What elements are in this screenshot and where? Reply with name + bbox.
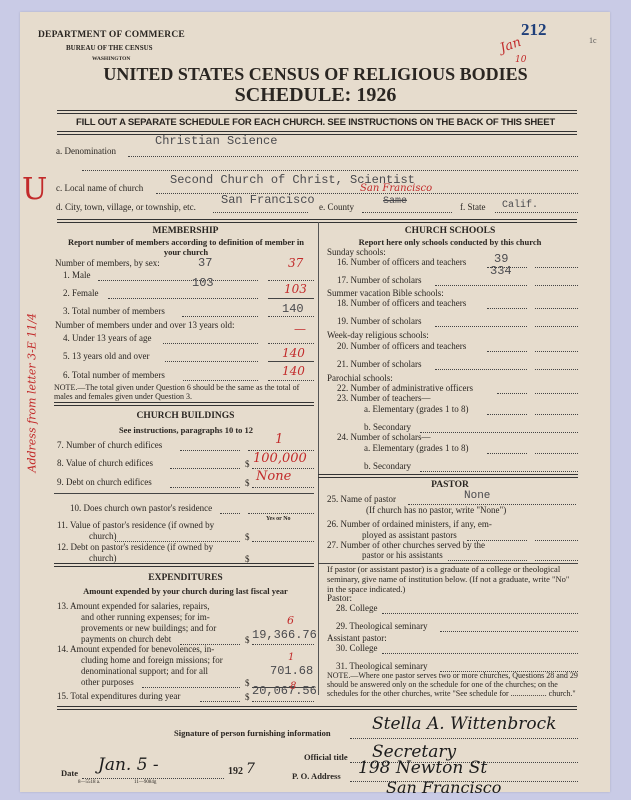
- form-code-1: 8—5518 a.: [78, 780, 100, 785]
- date-line: [82, 778, 224, 779]
- instruction-banner: FILL OUT A SEPARATE SCHEDULE FOR EACH CH…: [0, 117, 631, 128]
- pastor-heading: PASTOR: [322, 480, 578, 490]
- divider: [54, 563, 314, 567]
- under13-written: —: [294, 322, 306, 336]
- schedule-title: SCHEDULE: 1926: [0, 84, 631, 107]
- age-label: Number of members under and over 13 year…: [55, 320, 234, 330]
- signature-value: Stella A. Wittenbrock: [372, 714, 556, 734]
- q15-answer-line: [252, 701, 314, 702]
- female-written: 103: [284, 282, 307, 296]
- membership-heading: MEMBERSHIP: [58, 226, 313, 236]
- q17-answer-line: [535, 285, 578, 286]
- q13-line2: and other running expenses; for im-: [81, 612, 210, 622]
- q22-answer-line: [535, 393, 578, 394]
- q13-line3: provements or new buildings; and for: [81, 623, 216, 633]
- q14-line: [142, 687, 240, 688]
- female-line: [108, 298, 258, 299]
- under13-line: [163, 343, 258, 344]
- over13-answer-line: [268, 361, 314, 362]
- divider: [57, 706, 577, 710]
- edifices-debt-value: None: [256, 469, 291, 484]
- q23b-label: b. Secondary: [364, 422, 411, 432]
- q17-label: 17. Number of scholars: [337, 275, 421, 285]
- male-written: 37: [288, 256, 303, 270]
- q13-line4: payments on church debt: [81, 634, 171, 644]
- q13-answer-line: [252, 644, 314, 645]
- q17-value: 334: [490, 264, 512, 278]
- q23-label: 23. Number of teachers—: [337, 393, 430, 403]
- summer-schools-label: Summer vacation Bible schools:: [327, 288, 444, 298]
- q19-line: [435, 326, 527, 327]
- q21-answer-line: [535, 369, 578, 370]
- parochial-schools-label: Parochial schools:: [327, 373, 393, 383]
- q22-label: 22. Number of administrative officers: [337, 383, 473, 393]
- total-age-answer-line: [268, 380, 314, 381]
- total-members-label: 3. Total number of members: [63, 306, 165, 316]
- male-typed: 37: [198, 256, 212, 270]
- q16-label: 16. Number of officers and teachers: [337, 257, 466, 267]
- q20-label: 20. Number of officers and teachers: [337, 341, 466, 351]
- dollar-sign: $: [245, 532, 250, 542]
- q30-label: 30. College: [336, 643, 378, 653]
- q24a-line: [487, 453, 527, 454]
- po-address-line1: 198 Newton St: [358, 758, 487, 778]
- official-title-label: Official title: [304, 752, 348, 762]
- q20-line: [487, 351, 527, 352]
- margin-mark: U: [22, 172, 47, 207]
- q14-value: 701.68: [270, 664, 313, 678]
- divider: [54, 402, 314, 406]
- q29-line: [440, 631, 578, 632]
- q23a-line: [487, 414, 527, 415]
- q24-label: 24. Number of scholars—: [337, 432, 430, 442]
- q14-line2: cluding home and foreign missions; for: [81, 655, 223, 665]
- pastor-label: Pastor:: [327, 593, 352, 603]
- denomination-value: Christian Science: [155, 134, 277, 148]
- total-age-label: 6. Total number of members: [63, 370, 165, 380]
- bureau-label: BUREAU OF THE CENSUS: [66, 44, 153, 52]
- form-code-2: 11—9084g: [134, 780, 156, 785]
- denomination-line: [128, 156, 578, 157]
- weekday-schools-label: Week-day religious schools:: [327, 330, 429, 340]
- male-answer-line: [268, 280, 314, 281]
- assistant-pastor-label: Assistant pastor:: [327, 633, 387, 643]
- residence-q11-answer-line: [252, 541, 314, 542]
- q23a-label: a. Elementary (grades 1 to 8): [364, 404, 468, 414]
- buildings-heading: CHURCH BUILDINGS: [58, 411, 313, 421]
- q13-line1: 13. Amount expended for salaries, repair…: [57, 601, 209, 611]
- q24a-answer-line: [535, 453, 578, 454]
- membership-note: NOTE.—The total given under Question 6 s…: [54, 383, 313, 401]
- state-label: f. State: [460, 202, 486, 212]
- residence-q11-sub: church): [89, 531, 116, 541]
- edifices-value-label: 8. Value of church edifices: [57, 458, 153, 468]
- edifices-line: [180, 450, 240, 451]
- state-value: Calif.: [502, 200, 538, 211]
- divider: [57, 219, 577, 223]
- city-value: San Francisco: [221, 193, 315, 207]
- q26-label: 26. Number of ordained ministers, if any…: [327, 519, 492, 529]
- over13-label: 5. 13 years old and over: [63, 351, 149, 361]
- edifices-count-value: 1: [275, 432, 283, 447]
- q27-sub: pastor or his assistants: [362, 550, 443, 560]
- q16-answer-line: [535, 267, 578, 268]
- edifices-value-line: [170, 468, 240, 469]
- q30-line: [382, 653, 578, 654]
- q26-answer-line: [535, 540, 578, 541]
- dollar-sign: $: [245, 692, 250, 702]
- year-digit: 7: [246, 761, 255, 777]
- over13-line: [165, 361, 258, 362]
- yes-no-hint: Yes or No: [266, 516, 291, 522]
- schools-heading: CHURCH SCHOOLS: [322, 226, 578, 236]
- divider: [57, 110, 577, 114]
- q18-line: [487, 308, 527, 309]
- q18-label: 18. Number of officers and teachers: [337, 298, 466, 308]
- q18-answer-line: [535, 308, 578, 309]
- state-line: [495, 212, 578, 213]
- membership-intro: Report number of members according to de…: [62, 237, 310, 257]
- q24a-label: a. Elementary (grades 1 to 8): [364, 443, 468, 453]
- q14-correction: 1: [288, 652, 294, 663]
- residence-q10-line: [220, 513, 240, 514]
- q14-line1: 14. Amount expended for benevolences, in…: [57, 644, 214, 654]
- signature-line: [350, 738, 578, 739]
- q28-label: 28. College: [336, 603, 378, 613]
- under13-answer-line: [268, 343, 314, 344]
- under13-label: 4. Under 13 years of age: [63, 333, 151, 343]
- dollar-sign: $: [245, 678, 250, 688]
- pastor-note: NOTE.—Where one pastor serves two or mor…: [327, 671, 579, 698]
- county-corrected-value: San Francisco: [360, 183, 432, 194]
- total-members-value: 140: [282, 302, 304, 316]
- county-struck-value: Same: [383, 196, 407, 207]
- department-label: DEPARTMENT OF COMMERCE: [38, 30, 185, 40]
- q23b-line: [420, 432, 578, 433]
- q15-value: 20,067.56: [252, 684, 317, 698]
- q31-label: 31. Theological seminary: [336, 661, 428, 671]
- q24b-label: b. Secondary: [364, 461, 411, 471]
- q21-label: 21. Number of scholars: [337, 359, 421, 369]
- edifices-count-label: 7. Number of church edifices: [57, 440, 162, 450]
- city-label: WASHINGTON: [92, 56, 130, 62]
- total-age-line: [183, 380, 258, 381]
- q15-label: 15. Total expenditures during year: [57, 691, 180, 701]
- county-line: [362, 212, 452, 213]
- page-title: UNITED STATES CENSUS OF RELIGIOUS BODIES: [0, 64, 631, 85]
- q22-line: [497, 393, 527, 394]
- q19-answer-line: [535, 326, 578, 327]
- stamp-number: 212: [521, 20, 547, 40]
- total-age-written: 140: [282, 364, 305, 378]
- margin-note: Address from letter 3-E 11/4: [26, 333, 39, 473]
- over13-written: 140: [282, 346, 305, 360]
- expenditures-heading: EXPENDITURES: [58, 573, 313, 583]
- divider: [54, 493, 314, 494]
- po-address-label: P. O. Address: [292, 771, 341, 781]
- male-line: [98, 280, 258, 281]
- dollar-sign: $: [245, 459, 250, 469]
- year-prefix: 192: [228, 766, 243, 777]
- sunday-schools-label: Sunday schools:: [327, 247, 386, 257]
- edifices-debt-label: 9. Debt on church edifices: [57, 477, 152, 487]
- total-line: [182, 316, 258, 317]
- county-label: e. County: [319, 202, 354, 212]
- q25-label: 25. Name of pastor: [327, 494, 396, 504]
- q14-line4: other purposes: [81, 677, 134, 687]
- city-field-label: d. City, town, village, or township, etc…: [56, 202, 196, 212]
- by-sex-label: Number of members, by sex:: [55, 258, 160, 268]
- expenditures-intro: Amount expended by your church during la…: [58, 586, 313, 596]
- dollar-sign: $: [245, 478, 250, 488]
- denomination-label: a. Denomination: [56, 146, 116, 156]
- q21-line: [435, 369, 527, 370]
- edifices-debt-line: [170, 487, 240, 488]
- column-divider: [318, 222, 319, 695]
- q26-sub: ployed as assistant pastors: [362, 530, 457, 540]
- q29-label: 29. Theological seminary: [336, 621, 428, 631]
- q13-value: 19,366.76: [252, 628, 317, 642]
- blank-line: [82, 170, 578, 171]
- residence-q12-label: 12. Debt on pastor's residence (if owned…: [57, 542, 213, 552]
- date-value: Jan. 5 -: [98, 755, 159, 775]
- date-label: Date: [61, 768, 78, 778]
- local-name-label: c. Local name of church: [56, 183, 143, 193]
- edifices-debt-answer-line: [252, 487, 314, 488]
- q27-line: [448, 560, 527, 561]
- residence-q11-label: 11. Value of pastor's residence (if owne…: [57, 520, 214, 530]
- q20-answer-line: [535, 351, 578, 352]
- total-answer-line: [268, 316, 314, 317]
- q19-label: 19. Number of scholars: [337, 316, 421, 326]
- q28-line: [382, 613, 578, 614]
- q24b-line: [420, 471, 578, 472]
- buildings-intro: See instructions, paragraphs 10 to 12: [0, 425, 372, 435]
- female-typed: 103: [192, 276, 214, 290]
- q27-answer-line: [535, 560, 578, 561]
- graduate-note: If pastor (or assistant pastor) is a gra…: [327, 564, 577, 594]
- residence-q10-label: 10. Does church own pastor's residence: [70, 503, 212, 513]
- residence-q10-answer-line: [248, 513, 314, 514]
- corner-mark: 1c: [589, 36, 597, 45]
- q27-label: 27. Number of other churches served by t…: [327, 540, 485, 550]
- female-label: 2. Female: [63, 288, 99, 298]
- q14-line3: denominational support; and for all: [81, 666, 208, 676]
- q17-line: [435, 285, 527, 286]
- male-label: 1. Male: [63, 270, 91, 280]
- residence-q12-sub: church): [89, 553, 116, 563]
- city-line: [213, 212, 308, 213]
- q25-hint: (If church has no pastor, write "None"): [366, 505, 506, 515]
- female-answer-line: [268, 298, 314, 299]
- q15-line: [200, 701, 240, 702]
- q13-correction: 6: [287, 614, 294, 627]
- divider: [57, 131, 577, 135]
- q15-correction: 8: [290, 681, 296, 692]
- q25-value: None: [464, 490, 490, 502]
- po-address-line2: San Francisco: [386, 778, 501, 797]
- dollar-sign: $: [245, 635, 250, 645]
- signature-label: Signature of person furnishing informati…: [174, 728, 331, 738]
- schools-intro: Report here only schools conducted by th…: [322, 237, 578, 247]
- q23a-answer-line: [535, 414, 578, 415]
- edifices-value: 100,000: [253, 451, 307, 466]
- divider: [318, 474, 578, 478]
